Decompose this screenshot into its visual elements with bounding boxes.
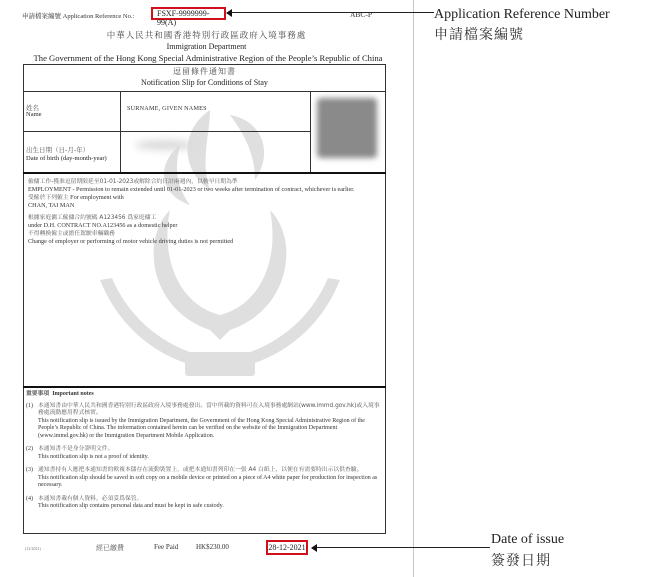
notes-divider bbox=[23, 386, 386, 388]
note-item: (3) 通知書持有人應把本通知書的軟複本儲存在流動裝置上，或把本通知書列印在一張… bbox=[26, 467, 382, 490]
note-text-en: This notification slip should be saved i… bbox=[38, 475, 382, 490]
department-name-zh: 中華人民共和國香港特別行政區政府入境事務處 bbox=[0, 29, 413, 41]
section-divider bbox=[23, 172, 386, 174]
note-item: (4) 本通知書載有個人資料，必須妥爲保管。This notification … bbox=[26, 496, 382, 511]
contract-zh: 根據家庭傭工僱傭合約號碼 A123456 爲家庭傭工 bbox=[28, 214, 380, 222]
reference-arrow-line bbox=[230, 12, 434, 13]
name-value: SURNAME, GIVEN NAMES bbox=[127, 105, 207, 112]
condition-employment-zh: 僱傭工作-獲准逗留期限延至01-01-2023或解除合約日計兩週內，以較早日期為… bbox=[28, 178, 380, 186]
table-col-divider bbox=[310, 91, 311, 173]
note-number: (3) bbox=[26, 467, 38, 490]
issue-date-highlight: 28-12-2021 bbox=[266, 540, 308, 555]
fee-paid-zh: 經已繳費 bbox=[96, 543, 124, 553]
conditions-of-stay: 僱傭工作-獲准逗留期限延至01-01-2023或解除合約日計兩週內，以較早日期為… bbox=[28, 178, 380, 246]
employer-label-en: For employment with bbox=[70, 194, 124, 201]
slip-title-zh: 逗留條件通知書 bbox=[23, 66, 386, 77]
form-version-code: (12/2021) bbox=[25, 546, 41, 551]
note-number: (1) bbox=[26, 403, 38, 441]
annotation-reference-zh: 申請檔案編號 bbox=[434, 24, 524, 44]
holder-photo-redacted bbox=[317, 98, 377, 158]
note-text-zh: 本通知書由中華人民共和國香港特別行政區政府入境事務處發出。當中所載的資料可在入境… bbox=[38, 403, 382, 418]
important-notes: 重要事項 Important notes (1) 本通知書由中華人民共和國香港特… bbox=[26, 391, 382, 517]
name-label-en: Name bbox=[26, 111, 42, 118]
note-item: (2) 本通知書不是身分證明文件。This notification slip … bbox=[26, 446, 382, 461]
dob-label-zh: 出生日期（日-月-年） bbox=[26, 145, 89, 154]
reference-label: 申請檔案編號 Application Reference No.: bbox=[22, 11, 134, 20]
dob-value-redacted bbox=[135, 140, 195, 150]
table-top-line bbox=[23, 91, 386, 92]
employer-name: CHAN, TAI MAN bbox=[28, 202, 380, 210]
note-text-en: This notification slip contains personal… bbox=[38, 503, 382, 511]
note-text-zh: 本通知書不是身分證明文件。 bbox=[38, 446, 382, 454]
contract-en: under D.H. CONTRACT NO.A123456 as a dome… bbox=[28, 222, 380, 230]
arrow-left-icon bbox=[311, 544, 317, 552]
condition-employment-en: EMPLOYMENT - Permission to remain extend… bbox=[28, 186, 380, 194]
department-name-en: Immigration Department bbox=[0, 42, 413, 51]
note-number: (4) bbox=[26, 496, 38, 511]
date-arrow-line bbox=[316, 547, 490, 548]
annotation-divider bbox=[413, 0, 414, 577]
annotation-date-zh: 簽發日期 bbox=[491, 550, 551, 570]
note-text-en: This notification slip is not a proof of… bbox=[38, 454, 382, 462]
note-text-zh: 本通知書載有個人資料，必須妥爲保管。 bbox=[38, 496, 382, 504]
employer-label-zh: 受僱於下列僱主 bbox=[28, 195, 69, 201]
notes-heading-zh: 重要事項 bbox=[26, 391, 49, 397]
arrow-left-icon bbox=[226, 9, 232, 17]
annotation-date-en: Date of issue bbox=[491, 532, 564, 548]
table-col-divider bbox=[120, 91, 121, 173]
dob-label-en: Date of birth (day-month-year) bbox=[26, 155, 107, 162]
notes-heading-en: Important notes bbox=[52, 391, 94, 397]
restriction-zh: 不得轉換僱主或擔任駕駛車輛職務 bbox=[28, 230, 380, 238]
note-text-zh: 通知書持有人應把本通知書的軟複本儲存在流動裝置上，或把本通知書列印在一張 A4 … bbox=[38, 467, 382, 475]
note-text-en: This notification slip is issued by the … bbox=[38, 418, 382, 441]
note-item: (1) 本通知書由中華人民共和國香港特別行政區政府入境事務處發出。當中所載的資料… bbox=[26, 403, 382, 441]
fee-paid-en: Fee Paid bbox=[154, 543, 178, 551]
annotation-reference-en: Application Reference Number bbox=[434, 7, 610, 23]
government-name: The Government of the Hong Kong Special … bbox=[28, 53, 388, 63]
note-number: (2) bbox=[26, 446, 38, 461]
reference-number-highlight: FSXF-9999999-99(A) bbox=[151, 7, 226, 20]
slip-title-en: Notification Slip for Conditions of Stay bbox=[23, 78, 386, 87]
restriction-en: Change of employer or performing of moto… bbox=[28, 238, 380, 246]
table-row-divider bbox=[23, 131, 310, 132]
fee-amount: HK$230.00 bbox=[196, 543, 229, 551]
